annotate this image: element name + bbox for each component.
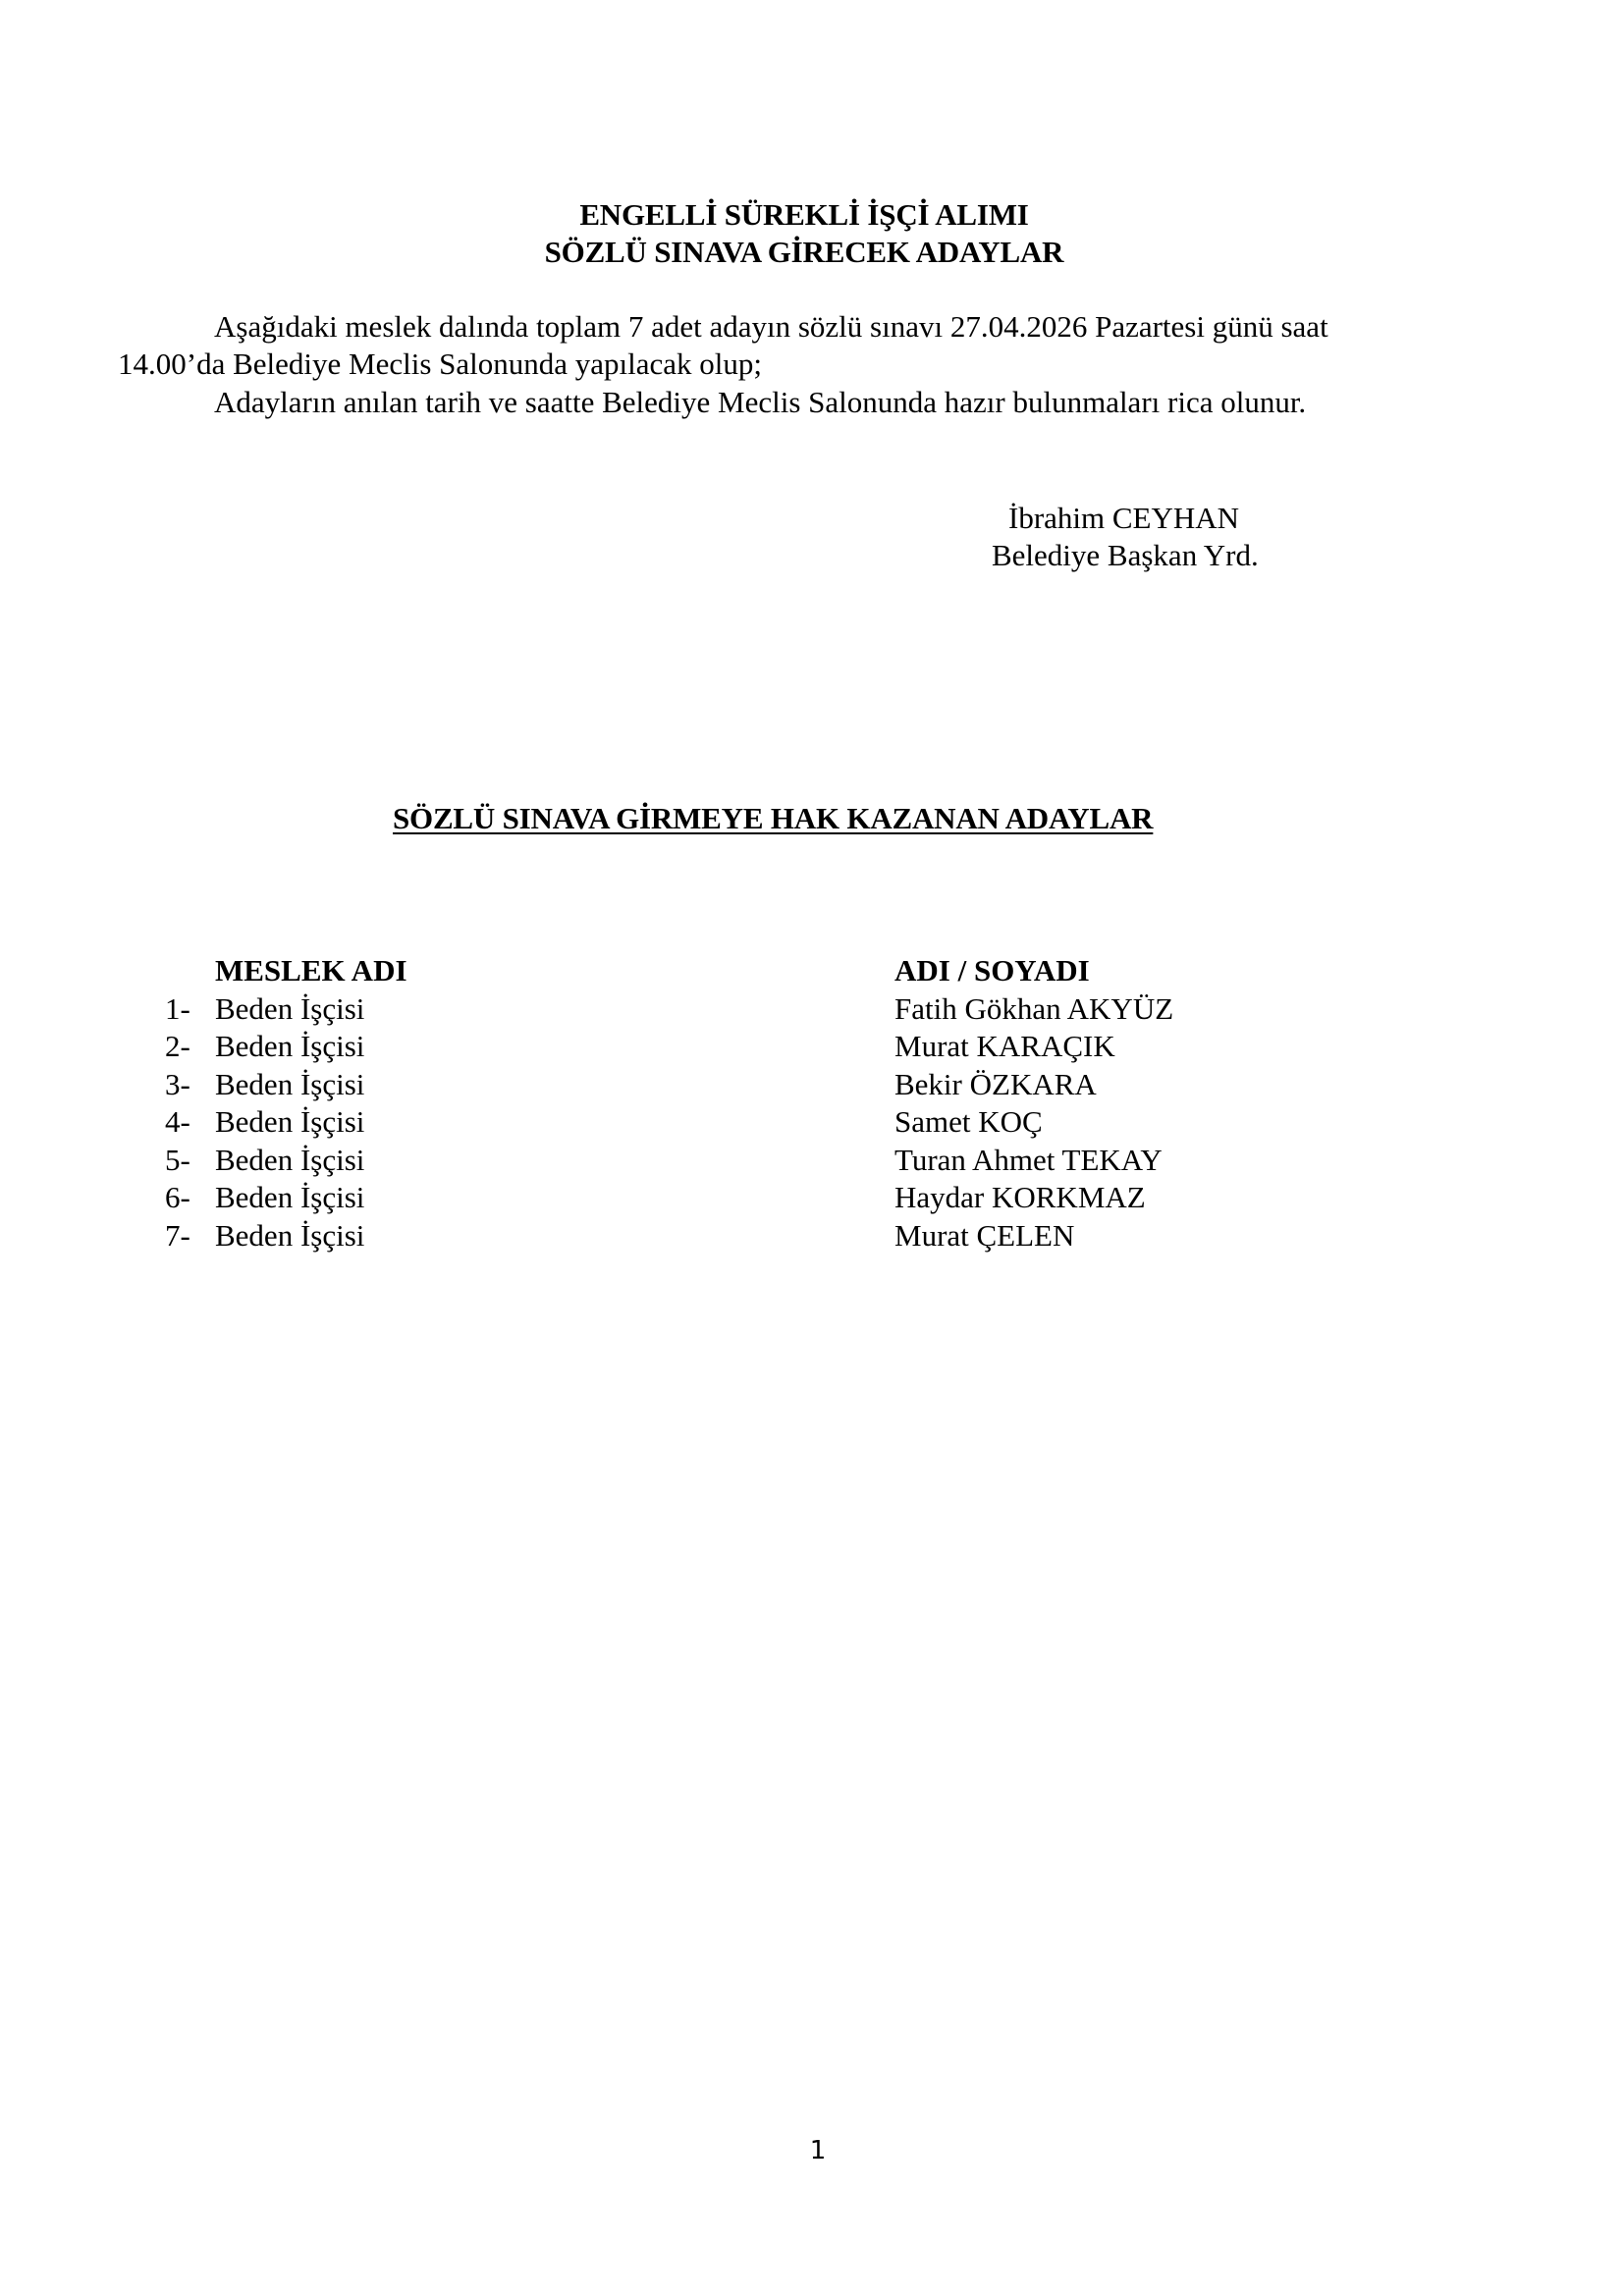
row-number: 2- xyxy=(165,1028,190,1065)
candidate-rows: 1- Beden İşçisi Fatih Gökhan AKYÜZ 2- Be… xyxy=(0,990,1624,1255)
row-profession: Beden İşçisi xyxy=(215,1066,364,1103)
document-title-line-1: ENGELLİ SÜREKLİ İŞÇİ ALIMI xyxy=(0,196,1616,234)
candidate-list: MESLEK ADI ADI / SOYADI 1- Beden İşçisi … xyxy=(0,952,1624,1255)
list-item: 7- Beden İşçisi Murat ÇELEN xyxy=(0,1217,1624,1255)
signatory-title: Belediye Başkan Yrd. xyxy=(992,537,1259,574)
row-profession: Beden İşçisi xyxy=(215,1028,364,1065)
row-candidate-name: Bekir ÖZKARA xyxy=(894,1066,1097,1103)
row-profession: Beden İşçisi xyxy=(215,1103,364,1141)
row-number: 3- xyxy=(165,1066,190,1103)
row-number: 5- xyxy=(165,1142,190,1179)
row-candidate-name: Murat KARAÇIK xyxy=(894,1028,1115,1065)
header-profession: MESLEK ADI xyxy=(215,952,407,989)
row-number: 1- xyxy=(165,990,190,1028)
row-number: 6- xyxy=(165,1179,190,1216)
row-candidate-name: Fatih Gökhan AKYÜZ xyxy=(894,990,1173,1028)
row-profession: Beden İşçisi xyxy=(215,1217,364,1255)
list-item: 5- Beden İşçisi Turan Ahmet TEKAY xyxy=(0,1142,1624,1180)
list-item: 3- Beden İşçisi Bekir ÖZKARA xyxy=(0,1066,1624,1104)
row-candidate-name: Haydar KORKMAZ xyxy=(894,1179,1146,1216)
announcement-paragraph-line-2: 14.00’da Belediye Meclis Salonunda yapıl… xyxy=(118,346,762,383)
row-number: 4- xyxy=(165,1103,190,1141)
row-profession: Beden İşçisi xyxy=(215,1179,364,1216)
section-title: SÖZLÜ SINAVA GİRMEYE HAK KAZANAN ADAYLAR xyxy=(393,800,1153,837)
row-candidate-name: Murat ÇELEN xyxy=(894,1217,1074,1255)
list-item: 6- Beden İşçisi Haydar KORKMAZ xyxy=(0,1179,1624,1217)
header-name: ADI / SOYADI xyxy=(894,952,1090,989)
row-profession: Beden İşçisi xyxy=(215,1142,364,1179)
signatory-name: İbrahim CEYHAN xyxy=(1008,500,1239,537)
row-number: 7- xyxy=(165,1217,190,1255)
page-number: 1 xyxy=(6,2136,1624,2165)
row-candidate-name: Turan Ahmet TEKAY xyxy=(894,1142,1163,1179)
list-item: 2- Beden İşçisi Murat KARAÇIK xyxy=(0,1028,1624,1066)
row-profession: Beden İşçisi xyxy=(215,990,364,1028)
announcement-paragraph-line-1: Aşağıdaki meslek dalında toplam 7 adet a… xyxy=(214,308,1328,346)
row-candidate-name: Samet KOÇ xyxy=(894,1103,1043,1141)
list-item: 4- Beden İşçisi Samet KOÇ xyxy=(0,1103,1624,1142)
document-page: ENGELLİ SÜREKLİ İŞÇİ ALIMI SÖZLÜ SINAVA … xyxy=(0,0,1624,2296)
candidate-list-header: MESLEK ADI ADI / SOYADI xyxy=(0,952,1624,990)
list-item: 1- Beden İşçisi Fatih Gökhan AKYÜZ xyxy=(0,990,1624,1029)
announcement-paragraph-line-3: Adayların anılan tarih ve saatte Belediy… xyxy=(214,384,1306,421)
document-title-line-2: SÖZLÜ SINAVA GİRECEK ADAYLAR xyxy=(0,234,1616,271)
